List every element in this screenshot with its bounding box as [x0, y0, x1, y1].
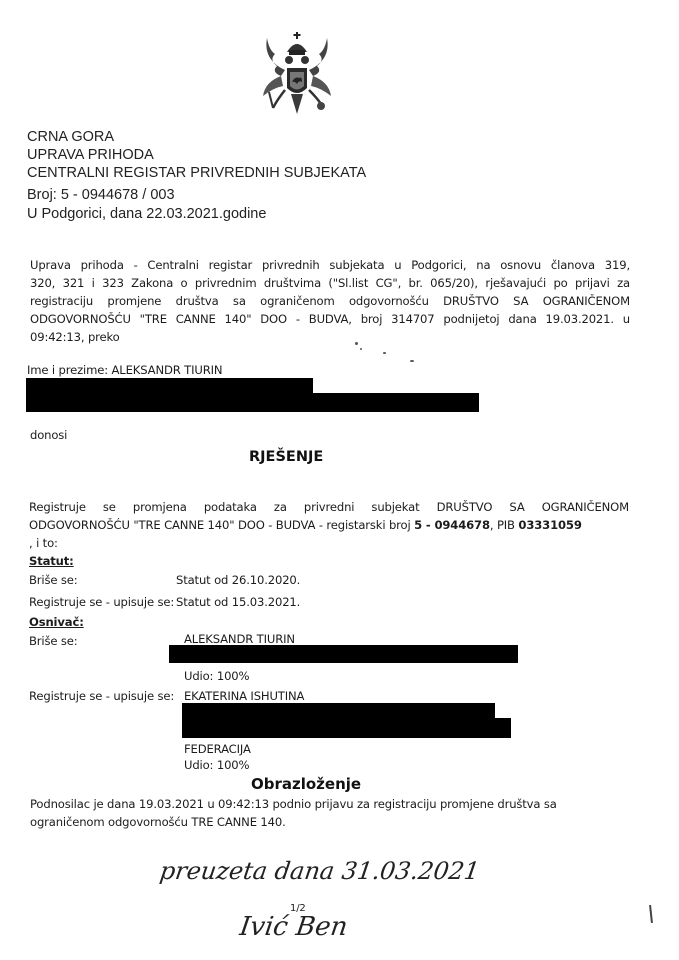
reasoning-line-2: ograničenom odgovornošću TRE CANNE 140. [30, 815, 286, 829]
intro-line-5: 09:42:13, preko [30, 330, 120, 344]
applicant-name: Ime i prezime: ALEKSANDR TIURIN [27, 363, 222, 377]
decision-line-3: , i to: [29, 536, 58, 550]
donosi-text: donosi [30, 428, 67, 442]
osnivac-add-share: Udio: 100% [184, 758, 249, 772]
osnivac-heading: Osnivač: [29, 615, 84, 629]
handwritten-signature: Ivić Ben [238, 912, 350, 942]
header-agency: UPRAVA PRIHODA [27, 147, 154, 163]
decision-line-2: ODGOVORNOŠĆU "TRE CANNE 140" DOO - BUDVA… [29, 518, 582, 532]
pib-number: 03331059 [518, 518, 581, 532]
stamp-mark [360, 348, 362, 350]
registration-number: 5 - 0944678 [414, 518, 490, 532]
osnivac-remove-name: ALEKSANDR TIURIN [184, 632, 295, 646]
intro-line-1: Uprava prihoda - Centralni registar priv… [30, 258, 630, 272]
stamp-mark [383, 352, 386, 354]
osnivac-add-country: FEDERACIJA [184, 742, 251, 756]
osnivac-remove-share: Udio: 100% [184, 669, 249, 683]
montenegro-coat-of-arms-icon [255, 30, 340, 120]
redacted-block [182, 718, 511, 738]
document-place-date: U Podgorici, dana 22.03.2021.godine [27, 206, 266, 222]
statut-remove-value: Statut od 26.10.2020. [176, 573, 300, 587]
intro-line-3: registraciju promjene društva sa ogranič… [30, 294, 630, 308]
redacted-block [169, 645, 518, 663]
decision-company: ODGOVORNOŠĆU "TRE CANNE 140" DOO - BUDVA… [29, 518, 414, 532]
statut-add-value: Statut od 15.03.2021. [176, 595, 300, 609]
osnivac-add-label: Registruje se - upisuje se: [29, 689, 174, 703]
decision-line-1: Registruje se promjena podataka za privr… [29, 500, 629, 514]
osnivac-add-name: EKATERINA ISHUTINA [184, 689, 304, 703]
handwritten-receipt-note: preuzeta dana 31.03.2021 [158, 857, 481, 885]
reasoning-line-1: Podnosilac je dana 19.03.2021 u 09:42:13… [30, 797, 557, 811]
intro-line-2: 320, 321 i 323 Zakona o privrednim društ… [30, 276, 630, 290]
statut-heading: Statut: [29, 554, 74, 568]
decision-title: RJEŠENJE [249, 449, 323, 465]
scan-mark [649, 905, 653, 923]
osnivac-remove-label: Briše se: [29, 634, 78, 648]
redacted-block [26, 393, 479, 412]
statut-remove-label: Briše se: [29, 573, 78, 587]
document-number: Broj: 5 - 0944678 / 003 [27, 187, 175, 203]
intro-line-4: ODGOVORNOŠĆU "TRE CANNE 140" DOO - BUDVA… [30, 312, 630, 326]
header-country: CRNA GORA [27, 129, 114, 145]
reasoning-title: Obrazloženje [251, 775, 361, 793]
stamp-mark [410, 360, 414, 362]
statut-add-label: Registruje se - upisuje se: [29, 595, 174, 609]
header-registry: CENTRALNI REGISTAR PRIVREDNIH SUBJEKATA [27, 165, 366, 181]
stamp-mark [355, 342, 358, 345]
pib-label: , PIB [490, 518, 519, 532]
